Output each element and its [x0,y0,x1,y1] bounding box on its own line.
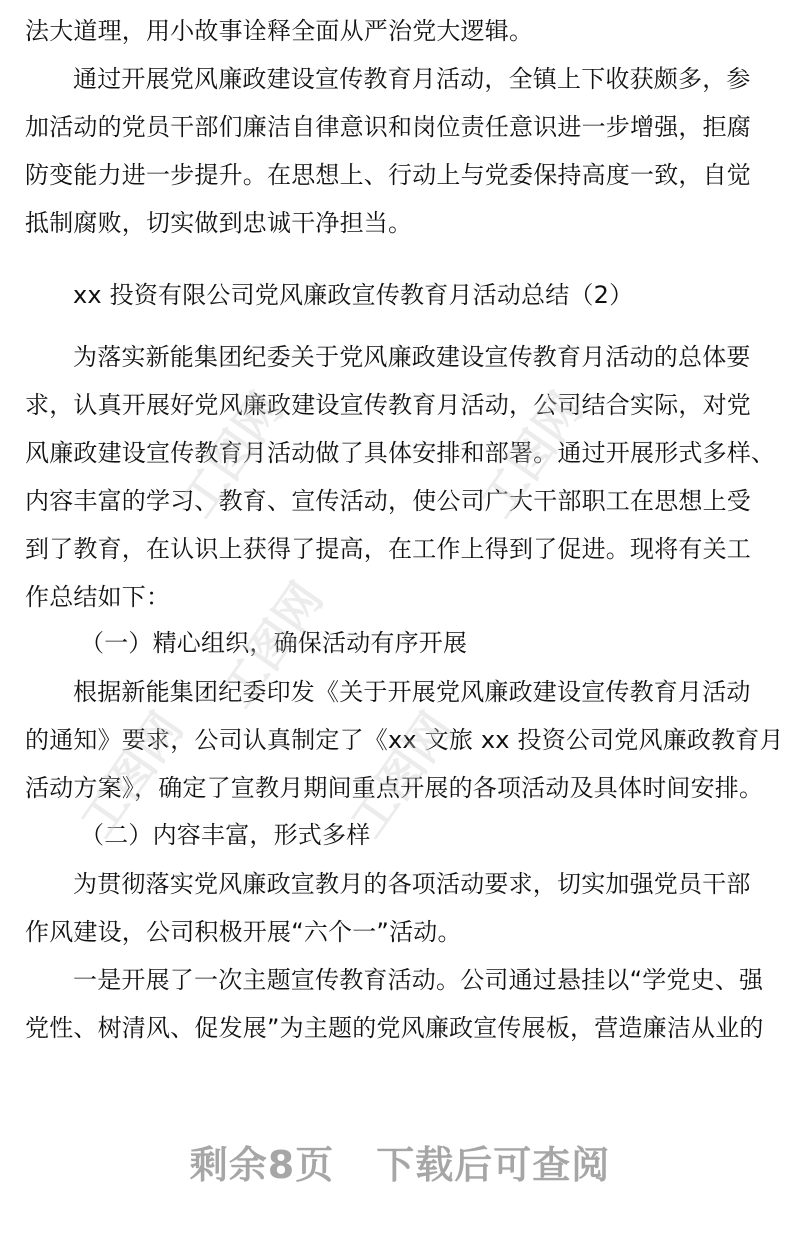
download-prompt[interactable]: 剩余8页下载后可查阅 [0,1134,800,1189]
text-line: 到了教育，在认识上获得了提高，在工作上得到了促进。现将有关工 [25,534,751,564]
text-line: 为落实新能集团纪委关于党风廉政建设宣传教育月活动的总体要 [73,342,751,372]
text-line: xx 投资有限公司党风廉政宣传教育月活动总结（2） [73,280,633,310]
text-line: 内容丰富的学习、教育、宣传活动，使公司广大干部职工在思想上受 [25,486,751,516]
text-line: 一是开展了一次主题宣传教育活动。公司通过悬挂以“学党史、强 [73,965,763,995]
text-line: 求，认真开展好党风廉政建设宣传教育月活动，公司结合实际，对党 [25,390,751,420]
text-line: 风廉政建设宣传教育月活动做了具体安排和部署。通过开展形式多样、 [25,438,775,468]
text-line: 作风建设，公司积极开展“六个一”活动。 [25,917,462,947]
text-line: 防变能力进一步提升。在思想上、行动上与党委保持高度一致，自觉 [25,160,751,190]
text-line: 党性、树清风、促发展”为主题的党风廉政宣传展板，营造廉洁从业的 [25,1013,764,1043]
text-line: 根据新能集团纪委印发《关于开展党风廉政建设宣传教育月活动 [73,677,751,707]
text-line: 为贯彻落实党风廉政宣教月的各项活动要求，切实加强党员干部 [73,869,751,899]
text-line: （二）内容丰富，形式多样 [80,820,370,850]
text-line: 通过开展党风廉政建设宣传教育月活动，全镇上下收获颇多，参 [73,64,751,94]
text-line: 作总结如下： [25,582,170,612]
text-line: 的通知》要求，公司认真制定了《xx 文旅 xx 投资公司党风廉政教育月 [25,725,784,755]
text-line: 加活动的党员干部们廉洁自律意识和岗位责任意识进一步增强，拒腐 [25,112,751,142]
text-line: 法大道理，用小故事诠释全面从严治党大逻辑。 [25,16,533,46]
download-to-view-label: 下载后可查阅 [376,1134,610,1189]
text-line: 活动方案》，确定了宣教月期间重点开展的各项活动及具体时间安排。 [25,773,763,803]
text-line: （一）精心组织，确保活动有序开展 [80,628,467,658]
remaining-pages-label: 剩余8页 [190,1134,334,1189]
text-line: 抵制腐败，切实做到忠诚干净担当。 [25,208,412,238]
